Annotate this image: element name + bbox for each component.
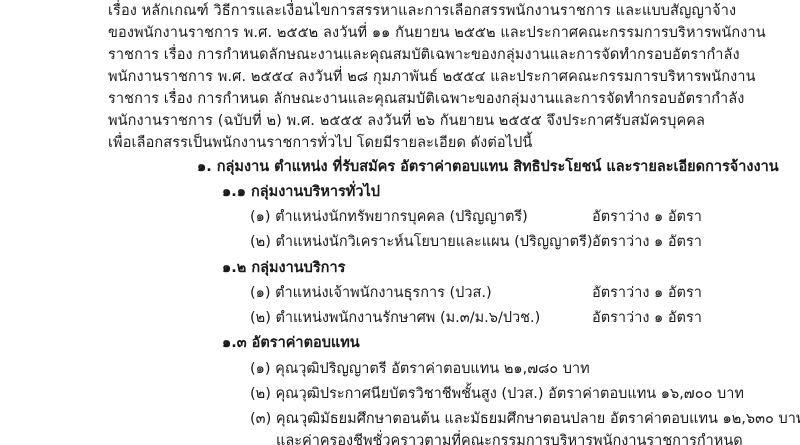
section-1-2-heading: ๑.๒ กลุ่มงานบริการ [222,256,345,280]
intro-line: ของพนักงานราชการ พ.ศ. ๒๕๕๒ ลงวันที่ ๑๑ ก… [108,21,766,45]
intro-line: ราชการ เรื่อง การกำหนดลักษณะงานและคุณสมบ… [108,43,740,67]
section-1-1-heading: ๑.๑ กลุ่มงานบริหารทั่วไป [222,180,380,204]
vacancy-count: อัตราว่าง ๑ อัตรา [592,205,702,229]
section-1-heading: ๑. กลุ่มงาน ตำแหน่ง ที่รับสมัคร อัตราค่า… [197,155,779,179]
position-item: (๒) ตำแหน่งนักวิเคราะห์นโยบายและแผน (ปริ… [250,230,593,254]
intro-line: ราชการ เรื่อง การกำหนด ลักษณะงานและคุณสม… [108,87,744,111]
compensation-item: (๒) คุณวุฒิประกาศนียบัตรวิชาชีพชั้นสูง (… [250,382,744,406]
position-item: (๑) ตำแหน่งนักทรัพยากรบุคคล (ปริญญาตรี) [250,205,528,229]
vacancy-count: อัตราว่าง ๑ อัตรา [592,230,702,254]
intro-line: เรื่อง หลักเกณฑ์ วิธีการและเงื่อนไขการสร… [108,0,736,23]
intro-line: พนักงานราชการ (ฉบับที่ ๒) พ.ศ. ๒๕๕๕ ลงวั… [108,109,705,133]
compensation-item: (๑) คุณวุฒิปริญญาตรี อัตราค่าตอบแทน ๒๑,๗… [250,357,590,381]
vacancy-count: อัตราว่าง ๑ อัตรา [592,281,702,305]
vacancy-count: อัตราว่าง ๑ อัตรา [592,306,702,330]
section-1-3-heading: ๑.๓ อัตราค่าตอบแทน [222,331,360,355]
intro-line: เพื่อเลือกสรรเป็นพนักงานราชการทั่วไป โดย… [108,131,532,155]
position-item: (๑) ตำแหน่งเจ้าพนักงานธุรการ (ปวส.) [250,281,492,305]
position-item: (๒) ตำแหน่งพนักงานรักษาศพ (ม.๓/ม.๖/ปวช.) [250,306,540,330]
compensation-item: (๓) คุณวุฒิมัธยมศึกษาตอนต้น และมัธยมศึกษ… [250,407,800,431]
intro-line: พนักงานราชการ พ.ศ. ๒๕๕๔ ลงวันที่ ๒๘ กุมภ… [108,65,756,89]
compensation-item: (๔) คุณวุฒิประกาศนียบัตรวิชาชีพ (ปวช.) อ… [250,441,712,445]
